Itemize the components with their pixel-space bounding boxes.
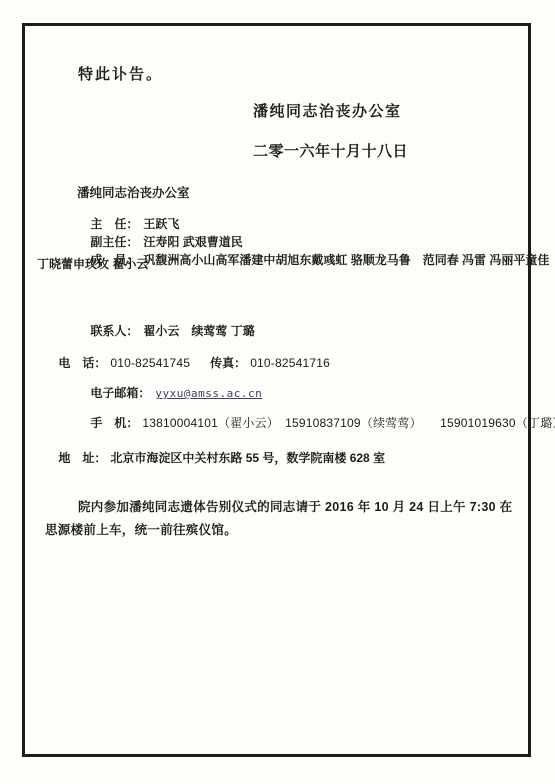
closing-line: 特此讣告。 (78, 63, 163, 84)
phone-label: 电 话： (58, 356, 106, 370)
email-link[interactable]: yyxu@amss.ac.cn (155, 387, 262, 400)
roster-title: 潘纯同志治丧办公室 (77, 183, 190, 201)
fax-number: 010-82541716 (250, 356, 330, 370)
address-value: 北京市海淀区中关村东路 55 号，数学院南楼 628 室 (110, 451, 385, 465)
mobile-label: 手 机： (90, 416, 138, 430)
contact-person-names: 翟小云 续莺莺 丁璐 (143, 324, 254, 338)
address-row: 地 址：北京市海淀区中关村东路 55 号，数学院南楼 628 室 (45, 435, 385, 480)
signature-date: 二零一六年十月十八日 (253, 140, 408, 161)
phone-number: 010-82541745 (110, 356, 190, 370)
fax-label: 传真： (210, 356, 246, 370)
members-row-line2: 丁晓蕾申玫玫 翟小云 (37, 255, 148, 272)
assembly-notice-paragraph: 院内参加潘纯同志遗体告别仪式的同志请于 2016 年 10 月 24 日上午 7… (45, 496, 523, 542)
signature-office: 潘纯同志治丧办公室 (253, 100, 402, 121)
obituary-document-page: 特此讣告。 潘纯同志治丧办公室 二零一六年十月十八日 潘纯同志治丧办公室 主 任… (0, 0, 555, 784)
email-label: 电子邮箱： (90, 386, 150, 400)
mobile-numbers: 13810004101（翟小云） 15910837109（续莺莺） 159010… (142, 416, 555, 430)
contact-person-label: 联系人： (90, 324, 138, 338)
address-label: 地 址： (58, 451, 106, 465)
members-names-line1: 巩馥洲高小山高军潘建中胡旭东戴彧虹 骆顺龙马鲁 范同春 冯雷 冯丽平童佳 (143, 253, 549, 267)
